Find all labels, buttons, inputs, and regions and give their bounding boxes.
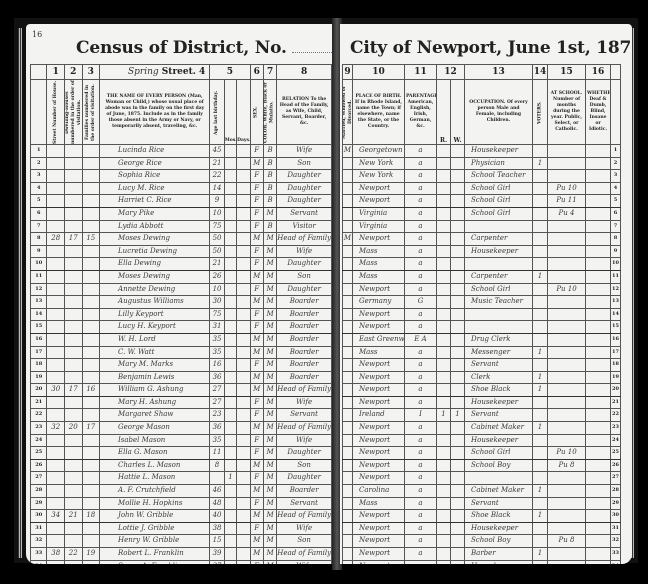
infirmity-cell [586, 195, 611, 208]
house-number-cell [47, 497, 65, 510]
birthplace-cell: East Greenwich [353, 333, 405, 346]
family-number-cell [82, 207, 100, 220]
relation-cell: Boarder [277, 346, 332, 359]
voter-cell [533, 447, 548, 460]
line-number-cell: 7 [611, 220, 621, 233]
dwelling-number-cell [65, 396, 83, 409]
age-days-cell [237, 434, 250, 447]
age-cell: 11 [210, 447, 224, 460]
at-school-cell: Pu 4 [548, 207, 586, 220]
relation-cell: Wife [277, 145, 332, 158]
family-number-cell: 17 [82, 422, 100, 435]
at-school-cell [548, 510, 586, 523]
age-months-cell [224, 522, 236, 535]
birthplace-cell: Newport [353, 233, 405, 246]
at-school-cell [548, 485, 586, 498]
line-number-cell: 5 [611, 195, 621, 208]
voter-cell [533, 522, 548, 535]
age-months-cell [224, 182, 236, 195]
relation-cell: Head of Family [277, 510, 332, 523]
person-name-cell: Lucy H. Keyport [100, 321, 210, 334]
marital-status-cell [343, 258, 353, 271]
line-number-cell: 2 [31, 157, 47, 170]
sex-cell: F [250, 182, 263, 195]
parentage-cell: a [405, 447, 437, 460]
relation-cell: Wife [277, 560, 332, 564]
age-days-cell [237, 510, 250, 523]
color-cell: M [263, 384, 276, 397]
dwelling-number-cell [65, 459, 83, 472]
person-name-cell: C. W. Watt [100, 346, 210, 359]
col-15-label: AT SCHOOL. Number of months during the y… [548, 80, 586, 145]
line-number-cell: 26 [31, 459, 47, 472]
relation-cell: Son [277, 459, 332, 472]
age-days-cell [237, 371, 250, 384]
relation-cell: Boarder [277, 321, 332, 334]
census-row-left: 18Mary M. Marks16FMBoarder [31, 359, 332, 372]
infirmity-cell [586, 220, 611, 233]
census-row-left: 33382219Robert L. Franklin39MMHead of Fa… [31, 548, 332, 561]
color-cell: M [263, 371, 276, 384]
dwelling-number-cell [65, 270, 83, 283]
at-school-cell [548, 321, 586, 334]
census-row-right: CarolinaaCabinet Maker128 [343, 485, 621, 498]
col-16-number: 16 [586, 65, 611, 80]
line-number-cell: 4 [31, 182, 47, 195]
house-number-cell [47, 182, 65, 195]
census-row-right: GermanyGMusic Teacher13 [343, 296, 621, 309]
person-name-cell: Margaret Shaw [100, 409, 210, 422]
cannot-read-cell [437, 422, 451, 435]
birthplace-cell: Newport [353, 522, 405, 535]
sex-cell: F [250, 522, 263, 535]
at-school-cell [548, 308, 586, 321]
occupation-cell: Housekeeper [465, 434, 533, 447]
person-name-cell: Moses Dewing [100, 233, 210, 246]
dwelling-number-cell [65, 245, 83, 258]
age-months-cell [224, 233, 236, 246]
marital-status-cell [343, 283, 353, 296]
house-number-cell [47, 308, 65, 321]
cannot-read-cell [437, 207, 451, 220]
line-number-cell: 14 [611, 308, 621, 321]
line-number-cell: 12 [31, 283, 47, 296]
birthplace-cell: Ireland [353, 409, 405, 422]
color-cell: M [263, 434, 276, 447]
census-row-left: 24Isabel Mason35FMWife [31, 434, 332, 447]
cannot-read-cell [437, 560, 451, 564]
voter-cell: 1 [533, 384, 548, 397]
marital-status-cell [343, 182, 353, 195]
house-number-cell [47, 321, 65, 334]
census-row-right: IrelandI11Servant22 [343, 409, 621, 422]
infirmity-cell [586, 182, 611, 195]
infirmity-cell [586, 447, 611, 460]
infirmity-cell [586, 396, 611, 409]
census-row-left: 9Lucretia Dewing50FMWife [31, 245, 332, 258]
col-5-months-label: Mos. [224, 80, 236, 145]
voter-cell [533, 220, 548, 233]
census-row-left: 7Lydia Abbott75FBVisitor [31, 220, 332, 233]
voter-cell [533, 359, 548, 372]
census-row-left: 16W. H. Lord35MMBoarder [31, 333, 332, 346]
birthplace-cell: Mass [353, 258, 405, 271]
voter-cell [533, 170, 548, 183]
parentage-cell: a [405, 157, 437, 170]
dwelling-number-cell: 22 [65, 548, 83, 561]
line-number-cell: 5 [31, 195, 47, 208]
occupation-cell [465, 308, 533, 321]
marital-status-cell [343, 510, 353, 523]
census-row-left: 32Henry W. Gribble15MMSon [31, 535, 332, 548]
census-row-right: New YorkaSchool Teacher3 [343, 170, 621, 183]
cannot-write-cell [451, 459, 465, 472]
census-row-left: 20301716William G. Ashung27MMHead of Fam… [31, 384, 332, 397]
color-cell: M [263, 510, 276, 523]
col-12-write-label: W. [451, 80, 465, 145]
line-number-cell: 19 [611, 371, 621, 384]
marital-status-cell [343, 321, 353, 334]
marital-status-cell [343, 384, 353, 397]
marital-status-cell [343, 220, 353, 233]
infirmity-cell [586, 333, 611, 346]
house-number-cell: 32 [47, 422, 65, 435]
col-12-read-label: R. [437, 80, 451, 145]
marital-status-cell [343, 333, 353, 346]
infirmity-cell [586, 270, 611, 283]
house-number-cell [47, 472, 65, 485]
color-cell: M [263, 472, 276, 485]
census-row-right: NewportaHousekeeper21 [343, 396, 621, 409]
right-census-table: 9 10 11 12 13 14 15 16 Married, Widowed … [342, 64, 621, 564]
line-number-cell: 18 [31, 359, 47, 372]
dwelling-number-cell [65, 485, 83, 498]
house-number-cell [47, 333, 65, 346]
relation-cell: Son [277, 270, 332, 283]
dwelling-number-cell [65, 182, 83, 195]
birthplace-cell: Germany [353, 296, 405, 309]
color-cell: M [263, 422, 276, 435]
cannot-read-cell [437, 145, 451, 158]
page-stack-left-edge [18, 28, 22, 558]
parentage-cell: E A [405, 333, 437, 346]
family-number-cell [82, 333, 100, 346]
relation-cell: Head of Family [277, 548, 332, 561]
birthplace-cell: Georgetown DC [353, 145, 405, 158]
person-name-cell: Henry W. Gribble [100, 535, 210, 548]
line-number-cell: 3 [611, 170, 621, 183]
census-row-left: 2George Rice21MBSon [31, 157, 332, 170]
sex-cell: F [250, 308, 263, 321]
col-9-label: Married, Widowed or Divorced. [343, 80, 353, 145]
house-number-cell [47, 270, 65, 283]
voter-cell: 1 [533, 346, 548, 359]
census-row-right: NewportaSchool GirlPu 1025 [343, 447, 621, 460]
dwelling-number-cell [65, 308, 83, 321]
age-cell: 35 [210, 434, 224, 447]
age-months-cell [224, 207, 236, 220]
dwelling-number-cell [65, 346, 83, 359]
occupation-cell: Carpenter [465, 270, 533, 283]
sex-cell: F [250, 472, 263, 485]
line-number-cell: 22 [611, 409, 621, 422]
parentage-cell: a [405, 195, 437, 208]
occupation-cell [465, 321, 533, 334]
line-number-cell: 28 [611, 485, 621, 498]
parentage-cell: a [405, 145, 437, 158]
infirmity-cell [586, 296, 611, 309]
birthplace-cell: Newport [353, 283, 405, 296]
parentage-cell: a [405, 522, 437, 535]
infirmity-cell [586, 207, 611, 220]
age-months-cell [224, 459, 236, 472]
voter-cell: 1 [533, 510, 548, 523]
census-row-left: 8281715Moses Dewing50MMHead of Family [31, 233, 332, 246]
line-number-cell: 20 [611, 384, 621, 397]
parentage-cell: a [405, 485, 437, 498]
birthplace-cell: Newport [353, 434, 405, 447]
age-days-cell [237, 422, 250, 435]
cannot-write-cell [451, 371, 465, 384]
age-days-cell [237, 560, 250, 564]
age-days-cell [237, 220, 250, 233]
age-days-cell [237, 245, 250, 258]
cannot-write-cell [451, 384, 465, 397]
color-cell: M [263, 296, 276, 309]
cannot-write-cell [451, 270, 465, 283]
col-1-label: Street Number of House. [47, 80, 65, 145]
cannot-read-cell [437, 434, 451, 447]
census-row-right: Virginiaa7 [343, 220, 621, 233]
infirmity-cell [586, 283, 611, 296]
sex-cell: M [250, 548, 263, 561]
color-cell: M [263, 396, 276, 409]
cannot-read-cell [437, 182, 451, 195]
age-days-cell [237, 548, 250, 561]
dwelling-number-cell [65, 170, 83, 183]
occupation-cell: School Girl [465, 447, 533, 460]
relation-cell: Daughter [277, 283, 332, 296]
dwelling-number-cell [65, 220, 83, 233]
parentage-cell: a [405, 321, 437, 334]
color-cell: M [263, 409, 276, 422]
cannot-read-cell [437, 157, 451, 170]
cannot-read-cell [437, 270, 451, 283]
house-number-cell [47, 170, 65, 183]
age-months-cell: 1 [224, 472, 236, 485]
line-number-cell: 9 [31, 245, 47, 258]
age-cell: 50 [210, 233, 224, 246]
line-number-cell: 30 [31, 510, 47, 523]
age-cell: 15 [210, 535, 224, 548]
cannot-write-cell [451, 308, 465, 321]
marital-status-cell [343, 296, 353, 309]
age-months-cell [224, 434, 236, 447]
age-days-cell [237, 145, 250, 158]
age-months-cell [224, 560, 236, 564]
age-months-cell [224, 485, 236, 498]
parentage-cell: a [405, 283, 437, 296]
line-number-cell: 14 [31, 308, 47, 321]
census-row-right: NewportaSchool GirlPu 104 [343, 182, 621, 195]
age-cell: 30 [210, 296, 224, 309]
person-name-cell: Hattie L. Mason [100, 472, 210, 485]
census-row-right: NewportaHousekeeper24 [343, 434, 621, 447]
dwelling-number-cell [65, 333, 83, 346]
occupation-cell: School Boy [465, 535, 533, 548]
sex-cell: F [250, 195, 263, 208]
age-cell: 21 [210, 258, 224, 271]
line-number-cell: 25 [31, 447, 47, 460]
sex-cell: F [250, 497, 263, 510]
line-number-cell: 34 [31, 560, 47, 564]
sex-cell: F [250, 321, 263, 334]
house-number-cell: 34 [47, 510, 65, 523]
person-name-cell: Moses Dewing [100, 270, 210, 283]
at-school-cell [548, 497, 586, 510]
census-row-left: 19Benjamin Lewis36MMBoarder [31, 371, 332, 384]
col-1-number: 1 [47, 65, 65, 80]
birthplace-cell: Newport [353, 422, 405, 435]
birthplace-cell: Newport [353, 548, 405, 561]
occupation-cell: Cabinet Maker [465, 422, 533, 435]
color-cell: M [263, 333, 276, 346]
line-number-cell: 28 [31, 485, 47, 498]
family-number-cell [82, 270, 100, 283]
person-name-cell: Mollie H. Hopkins [100, 497, 210, 510]
marital-status-cell [343, 157, 353, 170]
census-row-left: 10Ella Dewing21FMDaughter [31, 258, 332, 271]
age-cell: 48 [210, 497, 224, 510]
cannot-write-cell [451, 434, 465, 447]
cannot-read-cell [437, 308, 451, 321]
census-row-right: MNewportaCarpenter8 [343, 233, 621, 246]
dwelling-number-cell [65, 359, 83, 372]
line-number-cell: 29 [611, 497, 621, 510]
family-number-cell [82, 321, 100, 334]
age-months-cell [224, 283, 236, 296]
census-row-left: 23322017George Mason36MMHead of Family [31, 422, 332, 435]
color-cell: M [263, 245, 276, 258]
marital-status-cell [343, 396, 353, 409]
age-cell: 27 [210, 396, 224, 409]
line-number-cell: 2 [611, 157, 621, 170]
dwelling-number-cell [65, 296, 83, 309]
age-months-cell [224, 409, 236, 422]
relation-cell: Son [277, 535, 332, 548]
family-number-cell [82, 497, 100, 510]
age-cell: 22 [210, 170, 224, 183]
cannot-read-cell [437, 396, 451, 409]
infirmity-cell [586, 422, 611, 435]
line-number-cell: 9 [611, 245, 621, 258]
col-7-label: COLOR. White, Black or Mulatto. [263, 80, 276, 145]
relation-cell: Boarder [277, 308, 332, 321]
at-school-cell: Pu 11 [548, 195, 586, 208]
occupation-cell: Servant [465, 359, 533, 372]
relation-cell: Wife [277, 434, 332, 447]
at-school-cell [548, 245, 586, 258]
color-cell: M [263, 447, 276, 460]
parentage-cell: a [405, 384, 437, 397]
voter-cell: 1 [533, 422, 548, 435]
at-school-cell [548, 560, 586, 564]
birthplace-cell: Newport [353, 396, 405, 409]
color-cell: M [263, 535, 276, 548]
sex-cell: M [250, 270, 263, 283]
marital-status-cell [343, 560, 353, 564]
color-cell: M [263, 359, 276, 372]
person-name-cell: Lydia Abbott [100, 220, 210, 233]
birthplace-cell: New York [353, 170, 405, 183]
age-days-cell [237, 346, 250, 359]
person-name-cell: Isabel Mason [100, 434, 210, 447]
age-months-cell [224, 371, 236, 384]
family-number-cell: 16 [82, 384, 100, 397]
census-row-right: MassaServant29 [343, 497, 621, 510]
dwelling-number-cell: 20 [65, 422, 83, 435]
census-row-left: 4Lucy M. Rice14FBDaughter [31, 182, 332, 195]
line-number-cell: 24 [611, 434, 621, 447]
parentage-cell: a [405, 182, 437, 195]
census-row-left: 5Harriet C. Rice9FBDaughter [31, 195, 332, 208]
cannot-write-cell [451, 485, 465, 498]
cannot-read-cell: 1 [437, 409, 451, 422]
occupation-cell [465, 258, 533, 271]
family-number-cell [82, 447, 100, 460]
voter-cell [533, 283, 548, 296]
person-name-cell: Charles L. Mason [100, 459, 210, 472]
sex-cell: M [250, 510, 263, 523]
family-number-cell [82, 359, 100, 372]
census-row-right: East GreenwichE ADrug Clerk16 [343, 333, 621, 346]
relation-cell: Son [277, 157, 332, 170]
marital-status-cell [343, 270, 353, 283]
voter-cell [533, 396, 548, 409]
cannot-read-cell [437, 258, 451, 271]
age-cell: 31 [210, 321, 224, 334]
family-number-cell [82, 157, 100, 170]
color-cell: M [263, 548, 276, 561]
family-number-cell [82, 182, 100, 195]
line-number-cell: 25 [611, 447, 621, 460]
at-school-cell: Pu 10 [548, 447, 586, 460]
house-number-cell [47, 434, 65, 447]
col-line-head [31, 65, 47, 80]
color-cell: M [263, 207, 276, 220]
relation-cell: Servant [277, 497, 332, 510]
person-name-cell: George Rice [100, 157, 210, 170]
line-number-cell: 20 [31, 384, 47, 397]
age-months-cell [224, 510, 236, 523]
parentage-cell: a [405, 359, 437, 372]
occupation-cell: Shoe Black [465, 384, 533, 397]
voter-cell [533, 207, 548, 220]
dwelling-number-cell [65, 283, 83, 296]
infirmity-cell [586, 485, 611, 498]
cannot-write-cell [451, 535, 465, 548]
sex-cell: M [250, 485, 263, 498]
census-row-left: 13Augustus Williams30MMBoarder [31, 296, 332, 309]
cannot-read-cell [437, 548, 451, 561]
age-cell: 23 [210, 409, 224, 422]
census-row-right: MGeorgetown DCaHousekeeper1 [343, 145, 621, 158]
birthplace-cell: Newport [353, 308, 405, 321]
occupation-cell: Shoe Black [465, 510, 533, 523]
relation-cell: Daughter [277, 447, 332, 460]
family-number-cell [82, 258, 100, 271]
sex-cell: M [250, 535, 263, 548]
